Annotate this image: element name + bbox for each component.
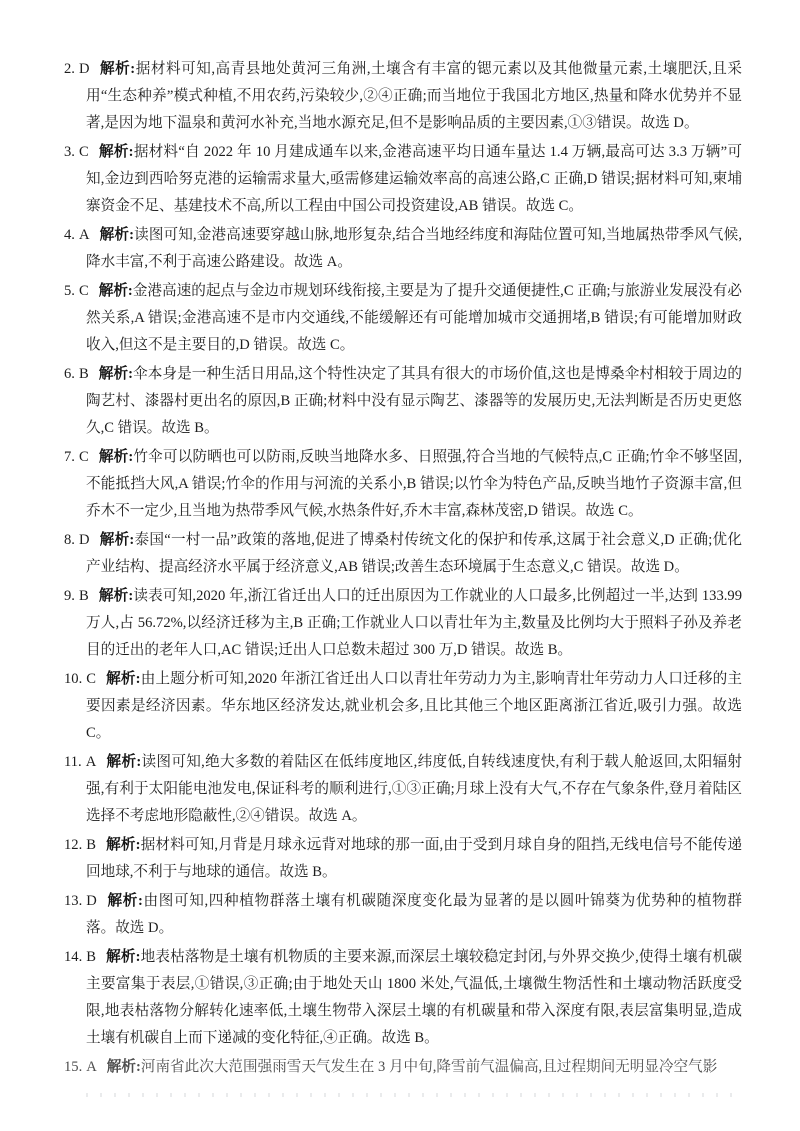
analysis-text: 据材料可知,月背是月球永远背对地球的那一面,由于受到月球自身的阻挡,无线电信号不… <box>86 837 742 880</box>
analysis-label: 解析: <box>107 893 143 909</box>
analysis-text: 读表可知,2020 年,浙江省迁出人口的迁出原因为工作就业的人口最多,比例超过一… <box>86 588 742 658</box>
item-number: 13. <box>64 893 82 909</box>
item-number: 15. <box>64 1059 82 1075</box>
analysis-label: 解析: <box>106 671 141 687</box>
analysis-label: 解析: <box>99 366 133 382</box>
analysis-label: 解析: <box>99 283 133 299</box>
answer-letter: C <box>79 449 89 465</box>
answer-letter: C <box>79 283 89 299</box>
answer-item-3: 3.C解析:据材料“自 2022 年 10 月建成通车以来,金港高速平均日通车量… <box>64 139 742 220</box>
analysis-text: 读图可知,绝大多数的着陆区在低纬度地区,纬度低,自转线速度快,有利于载人舱返回,… <box>86 754 742 824</box>
answer-letter: D <box>79 61 90 77</box>
answer-item-13: 13.D解析:由图可知,四种植物群落土壤有机碳随深度变化最为显著的是以圆叶锦葵为… <box>64 888 742 942</box>
item-number: 9. <box>64 588 75 604</box>
item-number: 5. <box>64 283 75 299</box>
analysis-label: 解析: <box>107 1059 141 1075</box>
analysis-label: 解析: <box>106 949 141 965</box>
analysis-text: 金港高速的起点与金边市规划环线衔接,主要是为了提升交通便捷性,C 正确;与旅游业… <box>86 283 742 353</box>
answer-letter: A <box>86 1059 97 1075</box>
answer-letter: D <box>79 532 90 548</box>
answer-letter: C <box>86 671 96 687</box>
answer-letter: A <box>86 754 97 770</box>
answer-letter: C <box>79 144 89 160</box>
analysis-text: 据材料“自 2022 年 10 月建成通车以来,金港高速平均日通车量达 1.4 … <box>86 144 742 214</box>
item-number: 7. <box>64 449 75 465</box>
item-number: 3. <box>64 144 75 160</box>
answer-item-4: 4.A解析:读图可知,金港高速要穿越山脉,地形复杂,结合当地经纬度和海陆位置可知… <box>64 222 742 276</box>
analysis-label: 解析: <box>99 144 134 160</box>
analysis-text: 地表枯落物是土壤有机物质的主要来源,而深层土壤较稳定封闭,与外界交换少,使得土壤… <box>86 949 742 1046</box>
answer-item-12: 12.B解析:据材料可知,月背是月球永远背对地球的那一面,由于受到月球自身的阻挡… <box>64 832 742 886</box>
analysis-label: 解析: <box>99 449 134 465</box>
answer-item-5: 5.C解析:金港高速的起点与金边市规划环线衔接,主要是为了提升交通便捷性,C 正… <box>64 278 742 359</box>
answer-item-10: 10.C解析:由上题分析可知,2020 年浙江省迁出人口以青壮年劳动力为主,影响… <box>64 666 742 747</box>
answer-item-7: 7.C解析:竹伞可以防晒也可以防雨,反映当地降水多、日照强,符合当地的气候特点,… <box>64 444 742 525</box>
analysis-text: 竹伞可以防晒也可以防雨,反映当地降水多、日照强,符合当地的气候特点,C 正确;竹… <box>86 449 742 519</box>
item-number: 14. <box>64 949 82 965</box>
faded-cutoff-line <box>86 1093 742 1097</box>
answer-letter: B <box>86 837 96 853</box>
item-number: 8. <box>64 532 75 548</box>
item-number: 10. <box>64 671 82 687</box>
analysis-label: 解析: <box>100 61 136 77</box>
answer-item-9: 9.B解析:读表可知,2020 年,浙江省迁出人口的迁出原因为工作就业的人口最多… <box>64 583 742 664</box>
analysis-label: 解析: <box>100 532 135 548</box>
analysis-text: 伞本身是一种生活日用品,这个特性决定了其具有很大的市场价值,这也是博桑伞村相较于… <box>86 366 742 436</box>
item-number: 4. <box>64 227 75 243</box>
item-number: 2. <box>64 61 75 77</box>
answer-letter: B <box>79 366 89 382</box>
answer-key-page: 2.D解析:据材料可知,高青县地处黄河三角洲,土壤含有丰富的锶元素以及其他微量元… <box>0 0 800 1131</box>
analysis-label: 解析: <box>99 588 134 604</box>
analysis-label: 解析: <box>106 754 141 770</box>
answer-letter: A <box>79 227 90 243</box>
answer-item-14: 14.B解析:地表枯落物是土壤有机物质的主要来源,而深层土壤较稳定封闭,与外界交… <box>64 944 742 1052</box>
analysis-text: 据材料可知,高青县地处黄河三角洲,土壤含有丰富的锶元素以及其他微量元素,土壤肥沃… <box>86 61 742 131</box>
answer-letter: D <box>86 893 97 909</box>
analysis-text: 河南省此次大范围强雨雪天气发生在 3 月中旬,降雪前气温偏高,且过程期间无明显冷… <box>141 1059 717 1075</box>
analysis-text: 读图可知,金港高速要穿越山脉,地形复杂,结合当地经纬度和海陆位置可知,当地属热带… <box>86 227 742 270</box>
item-number: 12. <box>64 837 82 853</box>
answer-item-15: 15.A解析:河南省此次大范围强雨雪天气发生在 3 月中旬,降雪前气温偏高,且过… <box>64 1054 742 1081</box>
answer-item-8: 8.D解析:泰国“一村一品”政策的落地,促进了博桑村传统文化的保护和传承,这属于… <box>64 527 742 581</box>
item-number: 11. <box>64 754 82 770</box>
answer-item-6: 6.B解析:伞本身是一种生活日用品,这个特性决定了其具有很大的市场价值,这也是博… <box>64 361 742 442</box>
analysis-label: 解析: <box>100 227 134 243</box>
answer-item-11: 11.A解析:读图可知,绝大多数的着陆区在低纬度地区,纬度低,自转线速度快,有利… <box>64 749 742 830</box>
answer-item-2: 2.D解析:据材料可知,高青县地处黄河三角洲,土壤含有丰富的锶元素以及其他微量元… <box>64 56 742 137</box>
analysis-text: 由上题分析可知,2020 年浙江省迁出人口以青壮年劳动力为主,影响青壮年劳动力人… <box>86 671 742 741</box>
analysis-text: 由图可知,四种植物群落土壤有机碳随深度变化最为显著的是以圆叶锦葵为优势种的植物群… <box>86 893 742 936</box>
analysis-text: 泰国“一村一品”政策的落地,促进了博桑村传统文化的保护和传承,这属于社会意义,D… <box>86 532 742 575</box>
item-number: 6. <box>64 366 75 382</box>
answer-letter: B <box>79 588 89 604</box>
analysis-label: 解析: <box>106 837 141 853</box>
answer-letter: B <box>86 949 96 965</box>
